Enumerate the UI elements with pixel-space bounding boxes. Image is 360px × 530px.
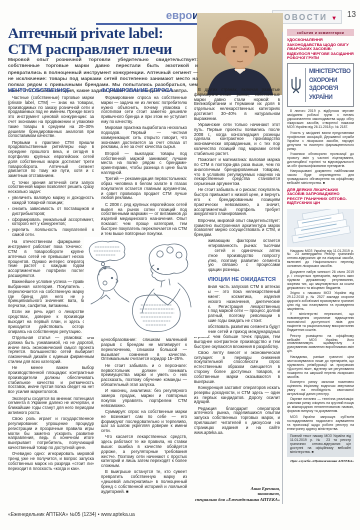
masthead: евроинтеграция:: НОВОСТИ ▼ 13 [8,10,356,25]
sidebar-headline-2: ДЛЯ ДЕЯКИХ ЛІКАРСЬКИХ ЗАСОБІВ ЗАПРОВАДЖЕ… [287,188,354,206]
down-triangle-icon: ▼ [331,16,337,22]
sidebar-photo-medicine-boxes [287,209,354,247]
headline-line1: Аптечный private label: [8,26,203,42]
column-1: НЕЧТО СОБСТВЕННОЕ Частные (собственные) … [8,88,94,502]
column-1-bullet-list: увеличить валовую маржу и доходность каж… [8,196,94,238]
page-number: 13 [347,10,356,19]
newspaper-page: евроинтеграция:: НОВОСТИ ▼ 13 Аптечный p… [0,0,360,530]
column-1-paras: Частные (собственные) торговые марки (pr… [8,96,94,196]
author-signature: Анна Еремина,экономист,специально для «Е… [194,486,280,502]
author-photo [197,13,283,95]
subhead-demand: ФОРМИРОВАНИЕ СПРОСА [101,88,187,94]
sidebar-story-1: 8 лютого 2019 р. відбулося чергове засід… [287,110,354,186]
cartoon-illustration [84,237,208,337]
column-1-paras-after: На отечественном фармрынке этот инструме… [8,240,94,473]
headline-line2: СТМ расправляет плечи [8,42,203,58]
sidebar-story-2: Наказом МОЗ України від 11.01.2019 р. № … [287,250,354,432]
column-divider [282,32,283,504]
sidebar-note-box: Повний текст наказу МОЗ України від 11.0… [287,433,354,457]
ministry-divider [305,68,306,102]
press-service-credit: Прес-служба «Щотижневика АПТЕКА» [287,459,354,463]
ministry-logo-box: МІНІСТЕРСТВООХОРОНИЗДОРОВ'ЯУКРАЇНИ [287,63,354,107]
news-sidebar: события и комментарии УДОСКОНАЛЕННЯ ЗАКО… [287,29,354,507]
trident-icon [290,74,302,96]
tab-news-label: НОВОСТИ [277,13,328,22]
issue-footer: «Еженедельник АПТЕКА» №05 (1234) • www.a… [8,512,135,518]
sidebar-headline-1: УДОСКОНАЛЕННЯ ЗАКОНОДАВСТВА ЩОДО ОБІГУ Л… [287,38,354,61]
sidebar-note-text: Повний текст наказу МОЗ України від 11.0… [290,435,351,455]
section-title-light: евро [166,10,192,22]
ministry-name: МІНІСТЕРСТВООХОРОНИЗДОРОВ'ЯУКРАЇНИ [309,68,350,102]
sidebar-banner: события и комментарии [287,29,354,36]
article-headline: Аптечный private label: СТМ расправляет … [8,26,203,58]
subhead-own-brand: НЕЧТО СОБСТВЕННОЕ [8,88,94,94]
